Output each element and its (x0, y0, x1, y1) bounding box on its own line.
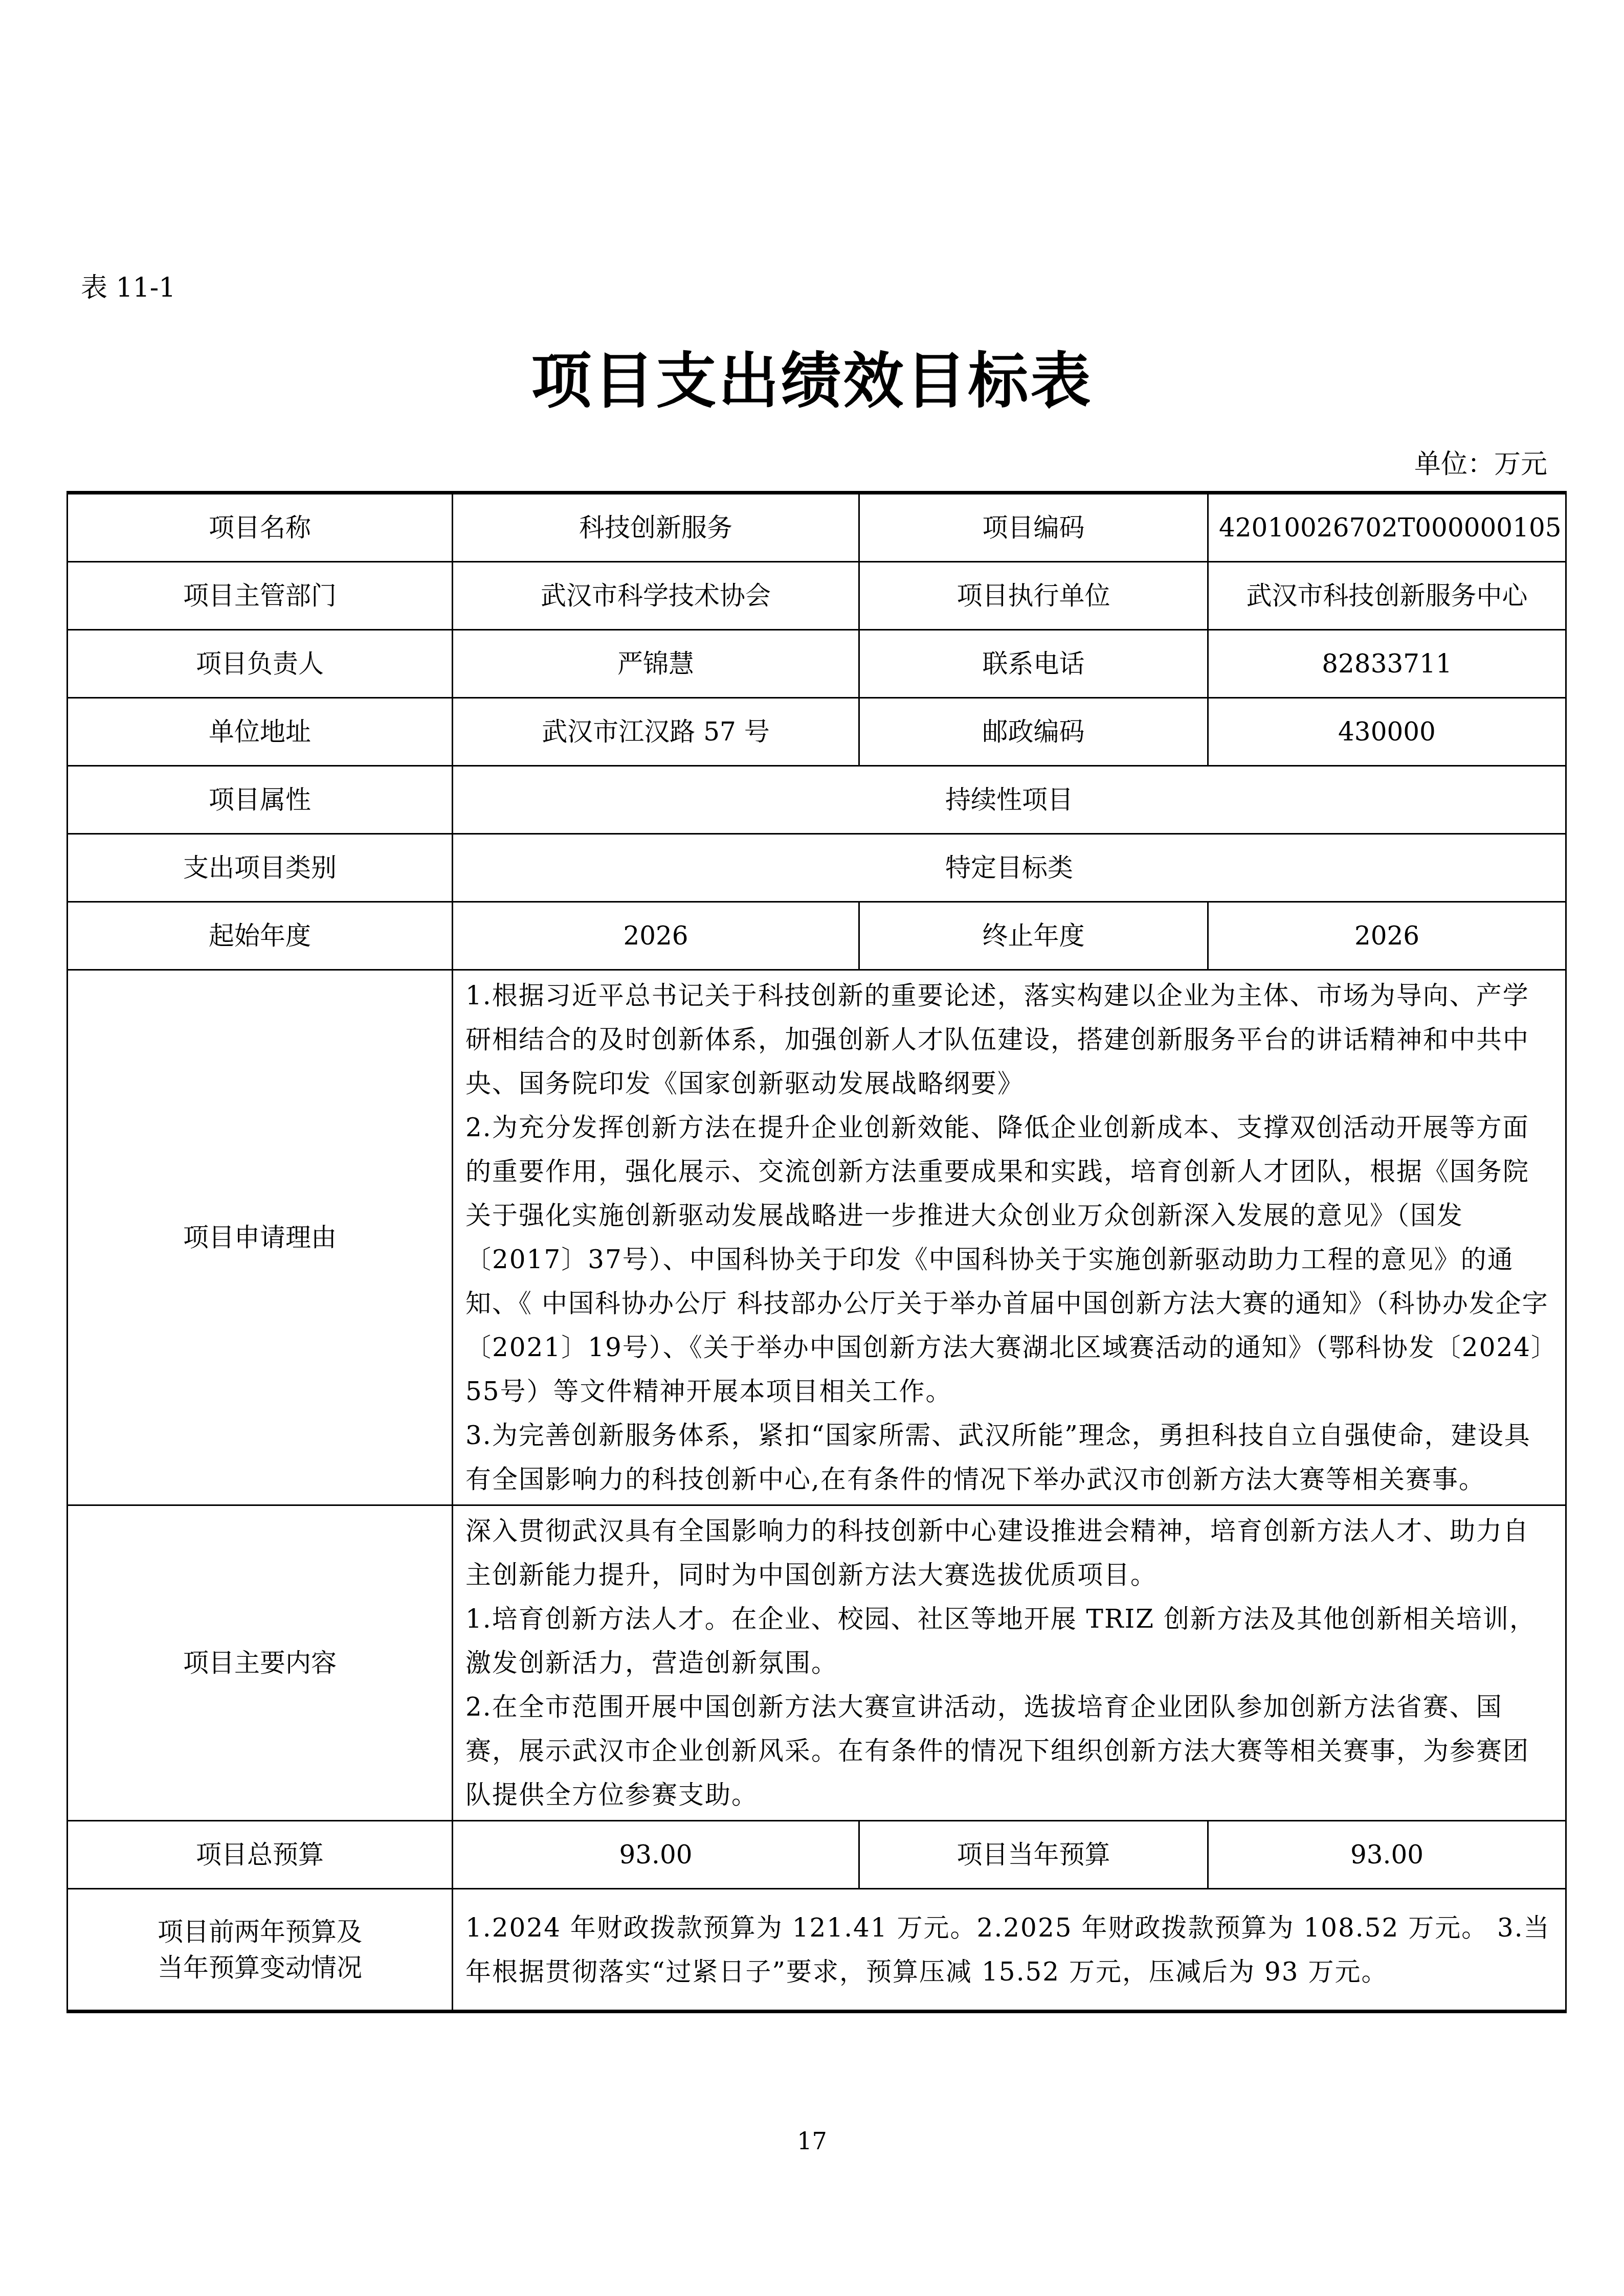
reason-paragraph-3: 3.为完善创新服务体系，紧扣“国家所需、武汉所能”理念，勇担科技自立自强使命，建… (465, 1413, 1553, 1501)
reason-paragraph-2: 2.为充分发挥创新方法在提升企业创新效能、降低企业创新成本、支撑双创活动开展等方… (465, 1106, 1553, 1413)
page-number: 17 (0, 2127, 1624, 2155)
table-row-owner: 项目负责人 严锦慧 联系电话 82833711 (68, 630, 1566, 698)
content-paragraph-3: 2.在全市范围开展中国创新方法大赛宣讲活动，选拔培育企业团队参加创新方法省赛、国… (465, 1685, 1553, 1817)
value-application-reason: 1.根据习近平总书记关于科技创新的重要论述，落实构建以企业为主体、市场为导向、产… (453, 970, 1566, 1505)
label-budget-change-line2: 当年预算变动情况 (78, 1950, 441, 1986)
table-row-dept: 项目主管部门 武汉市科学技术协会 项目执行单位 武汉市科技创新服务中心 (68, 562, 1566, 630)
label-project-attribute: 项目属性 (68, 766, 453, 834)
table-row-reason: 项目申请理由 1.根据习近平总书记关于科技创新的重要论述，落实构建以企业为主体、… (68, 970, 1566, 1505)
label-start-year: 起始年度 (68, 902, 453, 970)
table-row-project-name: 项目名称 科技创新服务 项目编码 42010026702T000000105 (68, 493, 1566, 562)
label-project-name: 项目名称 (68, 493, 453, 562)
label-end-year: 终止年度 (859, 902, 1208, 970)
table-row-budget: 项目总预算 93.00 项目当年预算 93.00 (68, 1821, 1566, 1889)
reason-paragraph-1: 1.根据习近平总书记关于科技创新的重要论述，落实构建以企业为主体、市场为导向、产… (465, 974, 1553, 1106)
label-budget-change-line1: 项目前两年预算及 (78, 1914, 441, 1950)
table-row-content: 项目主要内容 深入贯彻武汉具有全国影响力的科技创新中心建设推进会精神，培育创新方… (68, 1505, 1566, 1821)
value-project-name: 科技创新服务 (453, 493, 859, 562)
value-start-year: 2026 (453, 902, 859, 970)
label-budget-change: 项目前两年预算及 当年预算变动情况 (68, 1889, 453, 2012)
value-project-attribute: 持续性项目 (453, 766, 1566, 834)
label-project-owner: 项目负责人 (68, 630, 453, 698)
content-paragraph-2: 1.培育创新方法人才。在企业、校园、社区等地开展 TRIZ 创新方法及其他创新相… (465, 1597, 1553, 1685)
value-phone: 82833711 (1208, 630, 1566, 698)
value-supervising-dept: 武汉市科学技术协会 (453, 562, 859, 630)
table-row-budget-change: 项目前两年预算及 当年预算变动情况 1.2024 年财政拨款预算为 121.41… (68, 1889, 1566, 2012)
label-phone: 联系电话 (859, 630, 1208, 698)
performance-target-table: 项目名称 科技创新服务 项目编码 42010026702T000000105 项… (66, 491, 1567, 2013)
label-postcode: 邮政编码 (859, 698, 1208, 766)
value-end-year: 2026 (1208, 902, 1566, 970)
value-executing-unit: 武汉市科技创新服务中心 (1208, 562, 1566, 630)
value-postcode: 430000 (1208, 698, 1566, 766)
label-supervising-dept: 项目主管部门 (68, 562, 453, 630)
value-project-owner: 严锦慧 (453, 630, 859, 698)
value-main-content: 深入贯彻武汉具有全国影响力的科技创新中心建设推进会精神，培育创新方法人才、助力自… (453, 1505, 1566, 1821)
table-row-attribute: 项目属性 持续性项目 (68, 766, 1566, 834)
table-caption: 表 11-1 (81, 266, 175, 304)
value-total-budget: 93.00 (453, 1821, 859, 1889)
table-row-address: 单位地址 武汉市江汉路 57 号 邮政编码 430000 (68, 698, 1566, 766)
label-main-content: 项目主要内容 (68, 1505, 453, 1821)
label-current-year-budget: 项目当年预算 (859, 1821, 1208, 1889)
page-title: 项目支出绩效目标表 (0, 332, 1624, 419)
value-budget-change: 1.2024 年财政拨款预算为 121.41 万元。2.2025 年财政拨款预算… (453, 1889, 1566, 2012)
label-project-code: 项目编码 (859, 493, 1208, 562)
label-application-reason: 项目申请理由 (68, 970, 453, 1505)
value-address: 武汉市江汉路 57 号 (453, 698, 859, 766)
label-executing-unit: 项目执行单位 (859, 562, 1208, 630)
content-paragraph-1: 深入贯彻武汉具有全国影响力的科技创新中心建设推进会精神，培育创新方法人才、助力自… (465, 1509, 1553, 1597)
label-expense-category: 支出项目类别 (68, 834, 453, 902)
value-project-code: 42010026702T000000105 (1208, 493, 1566, 562)
label-address: 单位地址 (68, 698, 453, 766)
value-expense-category: 特定目标类 (453, 834, 1566, 902)
label-total-budget: 项目总预算 (68, 1821, 453, 1889)
value-current-year-budget: 93.00 (1208, 1821, 1566, 1889)
table-row-years: 起始年度 2026 终止年度 2026 (68, 902, 1566, 970)
table-row-category: 支出项目类别 特定目标类 (68, 834, 1566, 902)
unit-label: 单位：万元 (1414, 442, 1547, 481)
